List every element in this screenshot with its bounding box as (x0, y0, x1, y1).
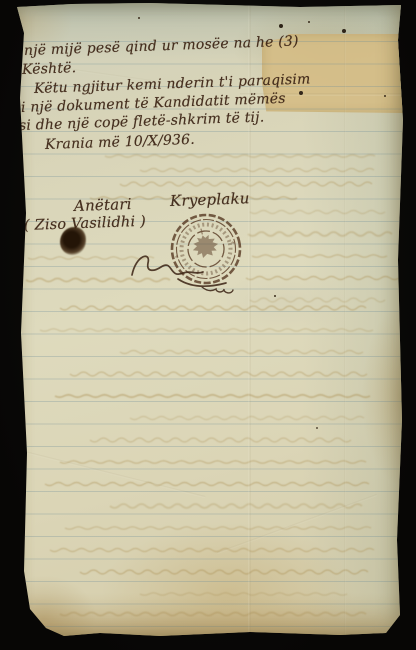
ink-blot (60, 227, 86, 255)
closing-right-title: Kryeplaku (170, 189, 250, 210)
dateline: Krania më 10/X/936. (45, 132, 195, 153)
handwritten-line: Kështë. (22, 60, 77, 78)
handwritten-line: një mijë pesë qind ur mosëe na he (3) (24, 33, 299, 59)
dirt-specks (12, 3, 14, 5)
signature-flourish (124, 245, 250, 299)
photo-background: një mijë pesë qind ur mosëe na he (3) Kë… (0, 0, 416, 650)
closing-left-title: Anëtari (74, 195, 132, 215)
crease-line (217, 494, 377, 554)
crease-line (21, 450, 206, 498)
closing-name: ( Ziso Vasilidhi ) (24, 214, 147, 234)
document-paper: një mijë pesë qind ur mosëe na he (3) Kë… (12, 3, 404, 637)
